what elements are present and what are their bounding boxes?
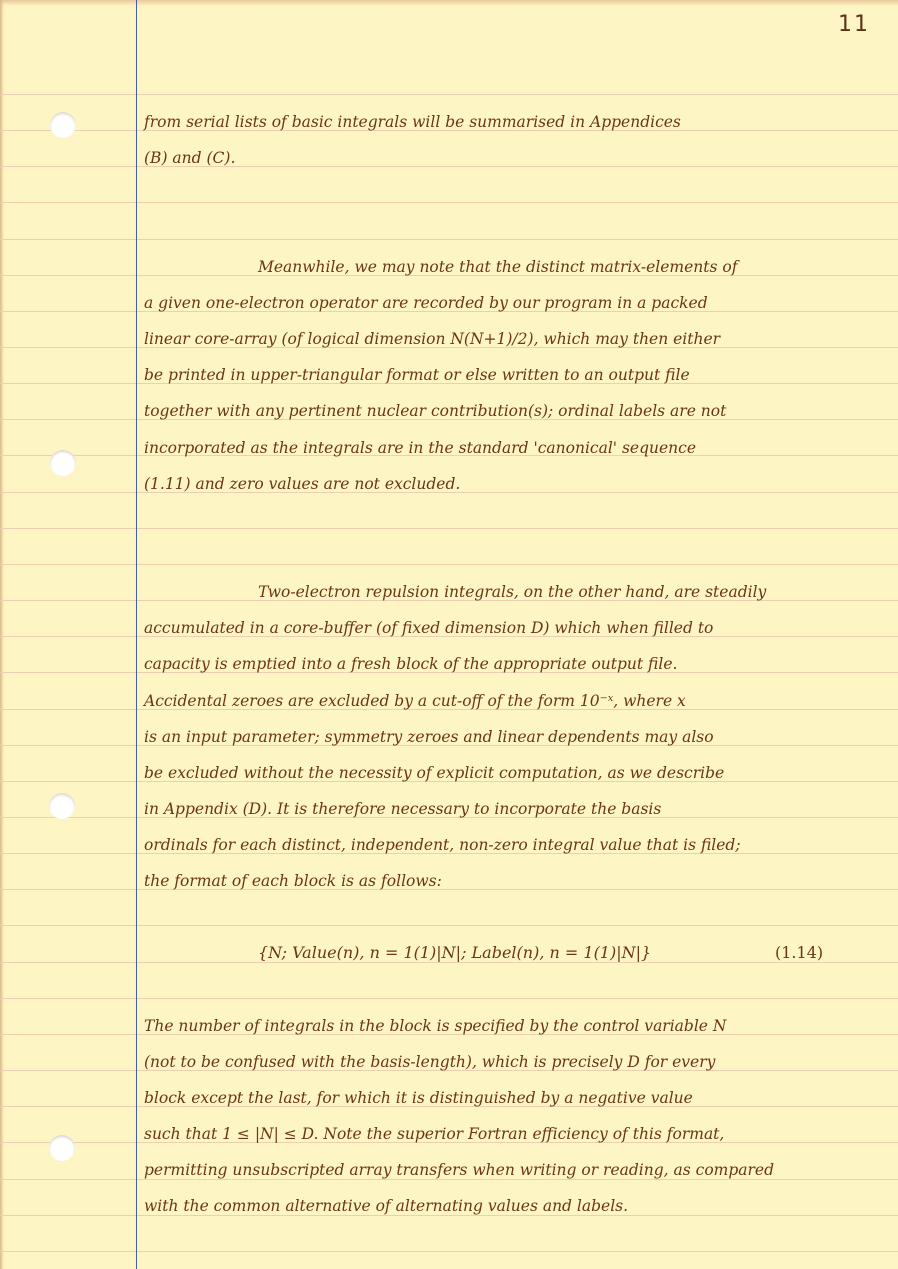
text-line: (1.11) and zero values are not excluded. xyxy=(144,474,884,494)
rule-line xyxy=(0,998,898,999)
margin-line xyxy=(136,0,137,1269)
punch-hole xyxy=(49,793,75,819)
text-line: (not to be confused with the basis-lengt… xyxy=(144,1052,884,1072)
paper-top-edge xyxy=(0,0,898,6)
text-line: capacity is emptied into a fresh block o… xyxy=(144,654,884,674)
paper-left-edge xyxy=(0,0,4,1269)
text-line: accumulated in a core-buffer (of fixed d… xyxy=(144,618,884,638)
rule-line xyxy=(0,925,898,926)
text-line: is an input parameter; symmetry zeroes a… xyxy=(144,727,884,747)
text-line: a given one-electron operator are record… xyxy=(144,293,884,313)
text-line: such that 1 ≤ |N| ≤ D. Note the superior… xyxy=(144,1124,884,1144)
text-line: Accidental zeroes are excluded by a cut-… xyxy=(144,691,884,711)
rule-line xyxy=(0,528,898,529)
text-line: block except the last, for which it is d… xyxy=(144,1088,884,1108)
text-line: in Appendix (D). It is therefore necessa… xyxy=(144,799,884,819)
text-line: (B) and (C). xyxy=(144,148,884,168)
text-line: from serial lists of basic integrals wil… xyxy=(144,112,884,132)
rule-line xyxy=(0,94,898,95)
punch-hole xyxy=(50,450,76,476)
text-line: be printed in upper-triangular format or… xyxy=(144,365,884,385)
text-line: together with any pertinent nuclear cont… xyxy=(144,401,884,421)
text-line: Meanwhile, we may note that the distinct… xyxy=(258,257,898,277)
text-line: linear core-array (of logical dimension … xyxy=(144,329,884,349)
rule-line xyxy=(0,1251,898,1252)
punch-hole xyxy=(49,1135,75,1161)
text-line: Two-electron repulsion integrals, on the… xyxy=(258,582,898,602)
text-line: The number of integrals in the block is … xyxy=(144,1016,884,1036)
text-line: incorporated as the integrals are in the… xyxy=(144,438,884,458)
text-line: the format of each block is as follows: xyxy=(144,871,884,891)
punch-hole xyxy=(50,112,76,138)
text-line: with the common alternative of alternati… xyxy=(144,1196,884,1216)
text-line: ordinals for each distinct, independent,… xyxy=(144,835,884,855)
rule-line xyxy=(0,202,898,203)
rule-line xyxy=(0,239,898,240)
equation-number: (1.14) xyxy=(775,943,823,963)
text-line: permitting unsubscripted array transfers… xyxy=(144,1160,884,1180)
text-line: be excluded without the necessity of exp… xyxy=(144,763,884,783)
notebook-page: 11 from serial lists of basic integrals … xyxy=(0,0,898,1269)
page-number: 11 xyxy=(838,12,870,37)
rule-line xyxy=(0,564,898,565)
